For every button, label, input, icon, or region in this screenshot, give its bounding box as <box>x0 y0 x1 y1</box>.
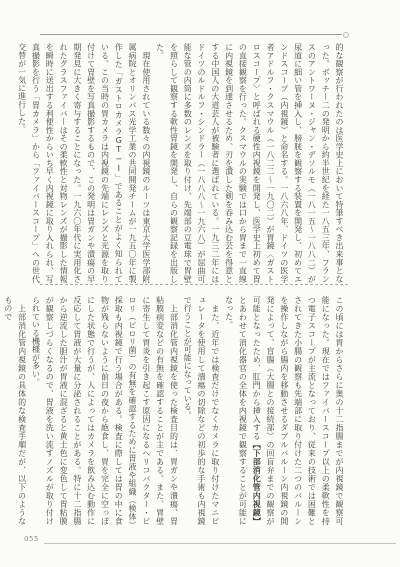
section-top-rule <box>40 34 342 35</box>
paragraph-procedure-intro: 上部消化管内視鏡の具体的な検査手順だが、以下のようなもので <box>1 296 29 525</box>
paragraph-endoscope-history: 的な観察が行われたのは医学史上において特筆すべき出来事となった。ボッチー二の発明… <box>153 43 346 283</box>
page-number: 055 <box>24 535 39 543</box>
upper-text-block: 的な観察が行われたのは医学史上において特筆すべき出来事となった。ボッチー二の発明… <box>36 43 346 283</box>
section-divider-dashed <box>40 284 348 285</box>
paragraph-exam-purpose: 上部消化管内視鏡を使った検査目的は、胃ガンや潰瘍、胃粘膜病変などの有無を確認する… <box>29 296 181 525</box>
paragraph-scope-evolution: この頃には胃からさらに奥の十二指腸までが内視鏡で観察可能になった。現在ではファイ… <box>222 296 346 525</box>
paragraph-gastrocamera: 現在使用されている数々の内視鏡のルーツは東京大学医学部附属病院とオリンパス光学工… <box>15 43 153 283</box>
paragraph-text: この頃には胃からさらに奥の十二指腸までが内視鏡で観察可能になった。現在ではファイ… <box>252 296 344 525</box>
bold-term-lower-gi-endoscope: 【下部消化管内視鏡】 <box>252 440 261 525</box>
book-page: 的な観察が行われたのは医学史上において特筆すべき出来事となった。ボッチー二の発明… <box>0 0 400 567</box>
rule-end-dot-icon <box>343 32 349 38</box>
paragraph-endoscopic-surgery: また、近年では検査だけでなくカメラに取り付けたマニピュレータを使用して潰瘍の切除… <box>180 296 221 525</box>
footer-rule <box>44 543 396 544</box>
paragraph-text: とあわせて消化器官の全体を内視鏡で観察することが可能になった。 <box>225 296 248 525</box>
lower-text-block: この頃には胃からさらに奥の十二指腸までが内視鏡で観察可能になった。現在ではファイ… <box>36 296 346 525</box>
